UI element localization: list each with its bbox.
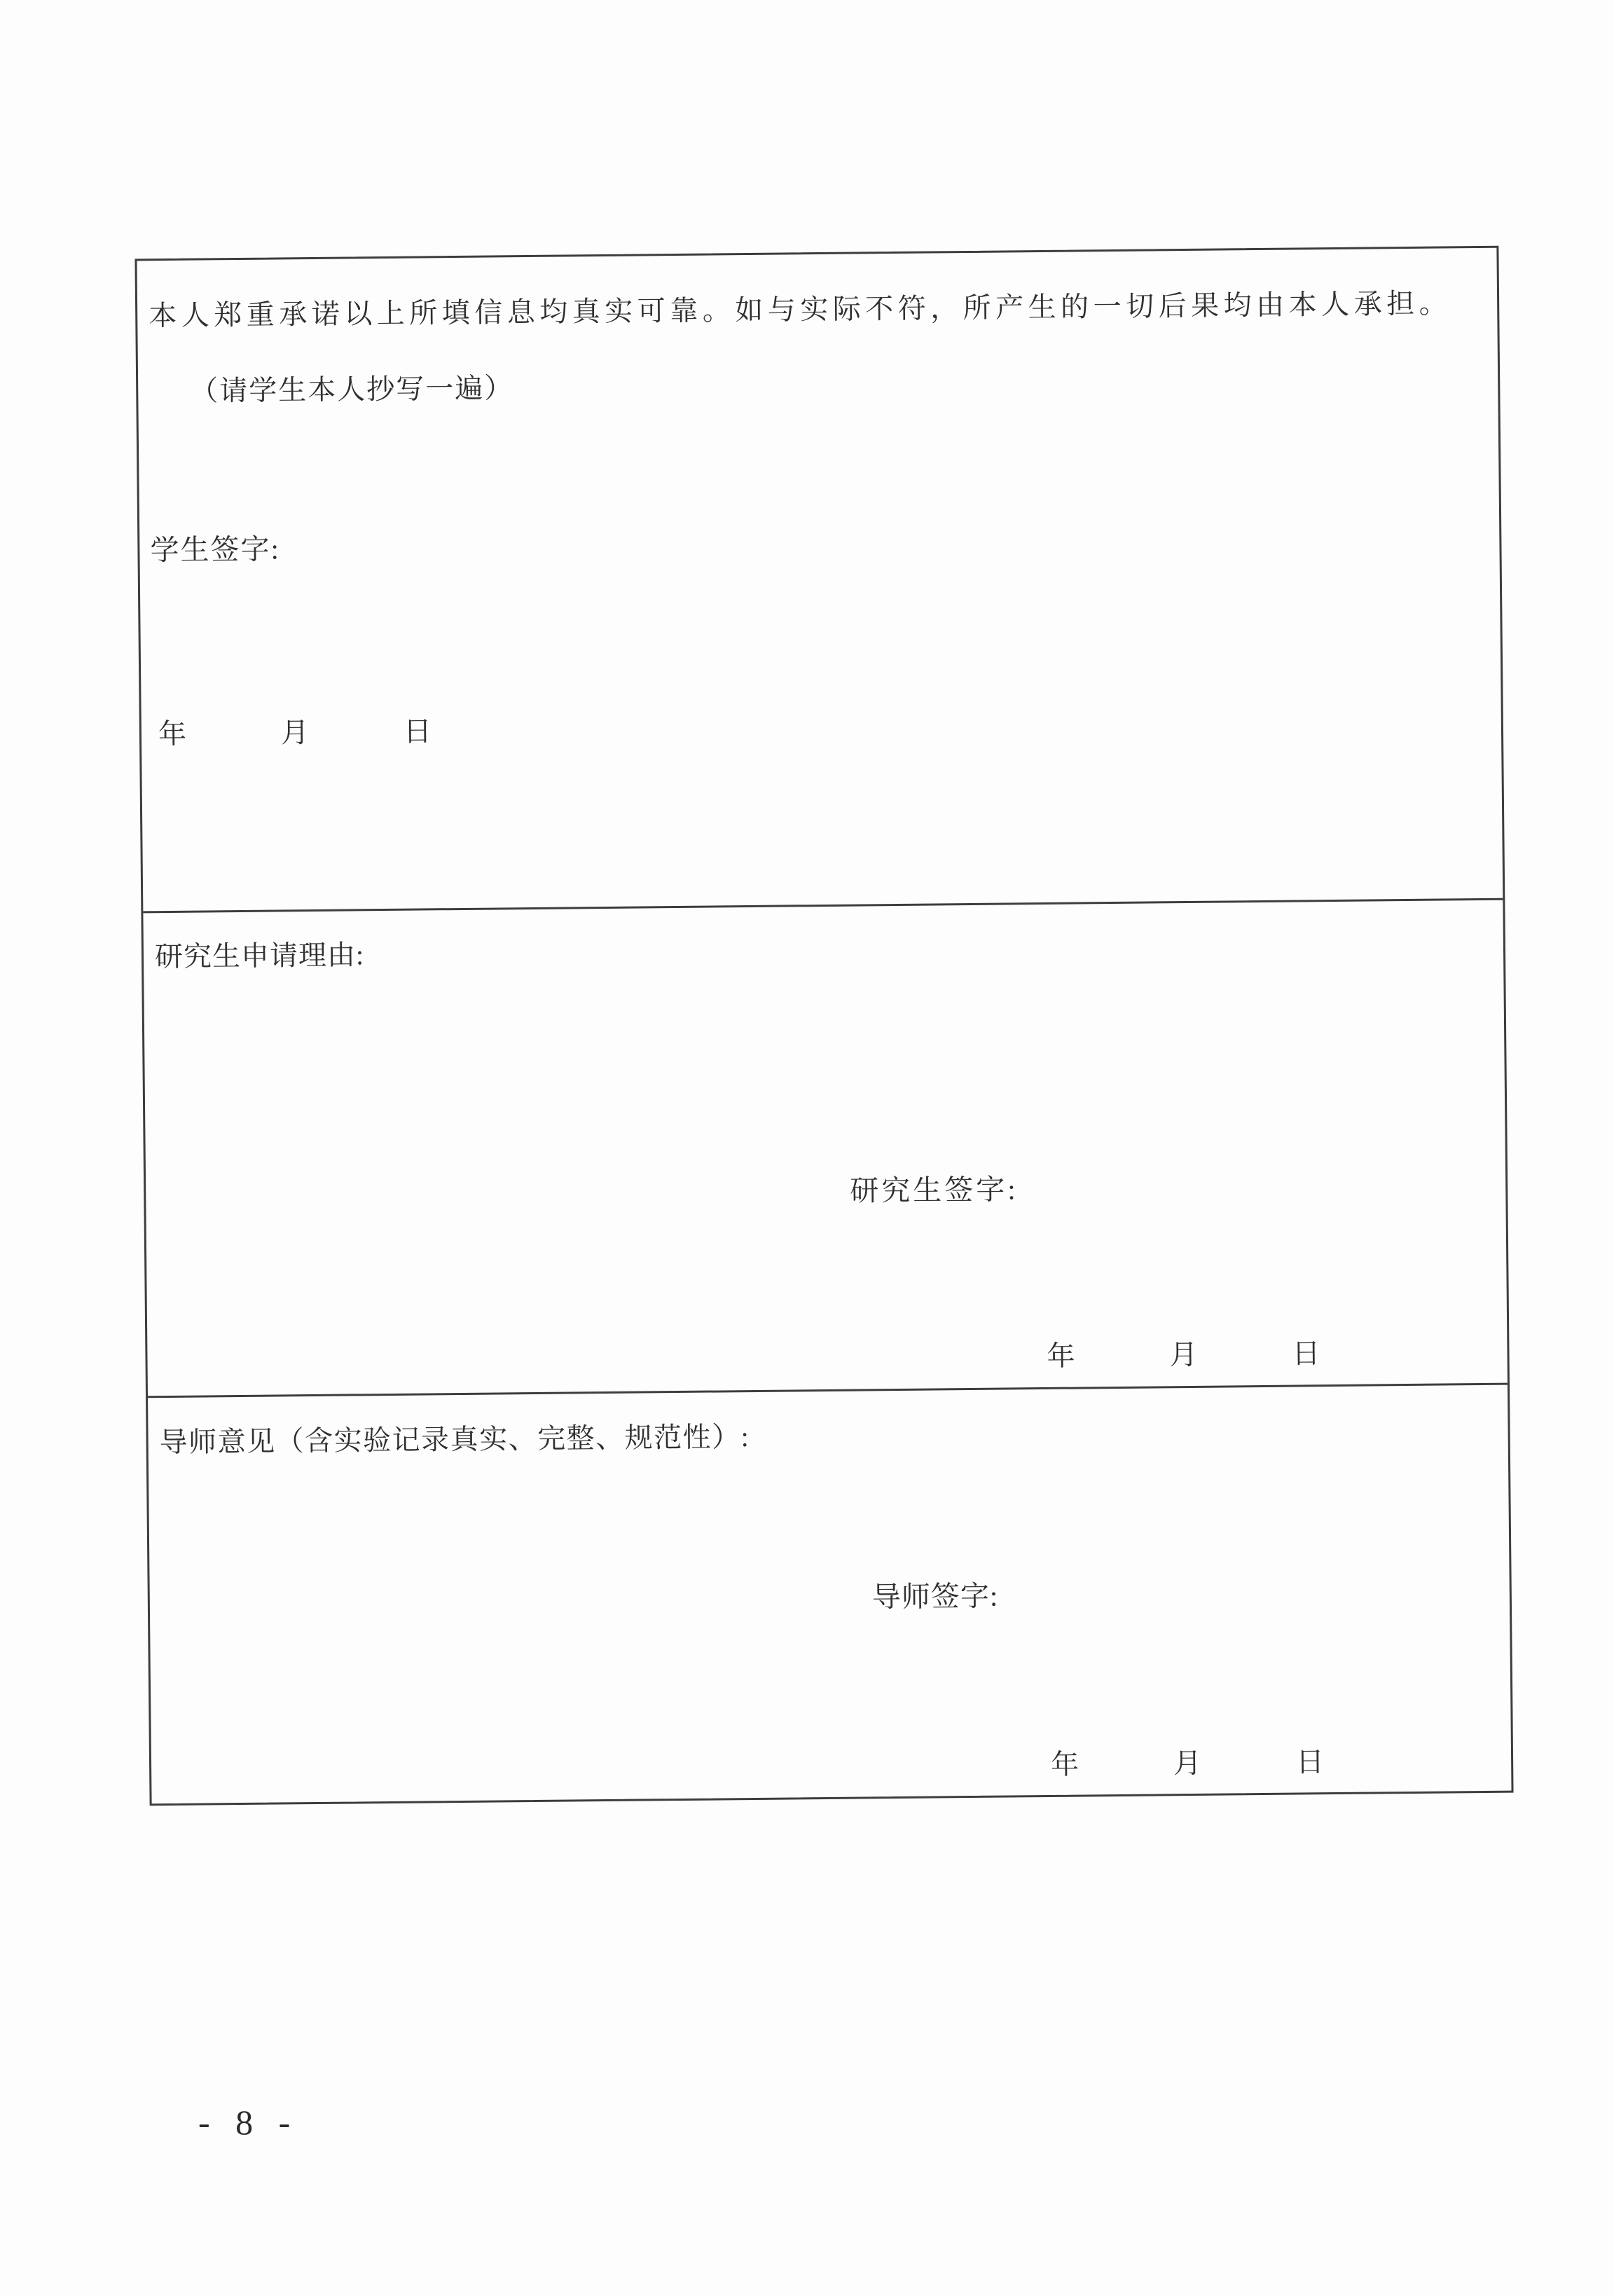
month-label: 月: [1169, 1333, 1198, 1373]
graduate-signature-label: 研究生签字:: [850, 1173, 1019, 1207]
supervisor-opinion-label: 导师意见（含实验记录真实、完整、规范性）:: [159, 1421, 750, 1459]
section-graduate-reason: 研究生申请理由: 研究生签字: 年 月 日: [143, 900, 1508, 1398]
year-label: 年: [1047, 1334, 1075, 1374]
year-label: 年: [158, 712, 187, 752]
page-number: - 8 -: [198, 2102, 298, 2143]
date-row: 年 月 日: [158, 709, 432, 752]
form-box: 本人郑重承诺以上所填信息均真实可靠。如与实际不符，所产生的一切后果均由本人承担。…: [134, 246, 1513, 1806]
copy-instruction: （请学生本人抄写一遍）: [190, 372, 513, 407]
section-student-promise: 本人郑重承诺以上所填信息均真实可靠。如与实际不符，所产生的一切后果均由本人承担。…: [137, 248, 1503, 914]
date-row: 年 月 日: [1047, 1331, 1320, 1374]
year-label: 年: [1051, 1742, 1080, 1782]
date-row: 年 月 日: [1051, 1740, 1325, 1782]
month-label: 月: [281, 710, 310, 750]
section-supervisor-opinion: 导师意见（含实验记录真实、完整、规范性）: 导师签字: 年 月 日: [148, 1385, 1511, 1804]
graduate-reason-label: 研究生申请理由:: [155, 939, 365, 973]
day-label: 日: [1292, 1331, 1320, 1371]
student-signature-label: 学生签字:: [150, 532, 280, 567]
scanned-page: { "form": { "section1": { "promise_text"…: [0, 0, 1614, 2296]
day-label: 日: [403, 709, 432, 749]
day-label: 日: [1296, 1740, 1325, 1780]
supervisor-signature-label: 导师签字:: [872, 1580, 999, 1614]
promise-text: 本人郑重承诺以上所填信息均真实可靠。如与实际不符，所产生的一切后果均由本人承担。: [149, 287, 1451, 332]
month-label: 月: [1173, 1741, 1202, 1781]
